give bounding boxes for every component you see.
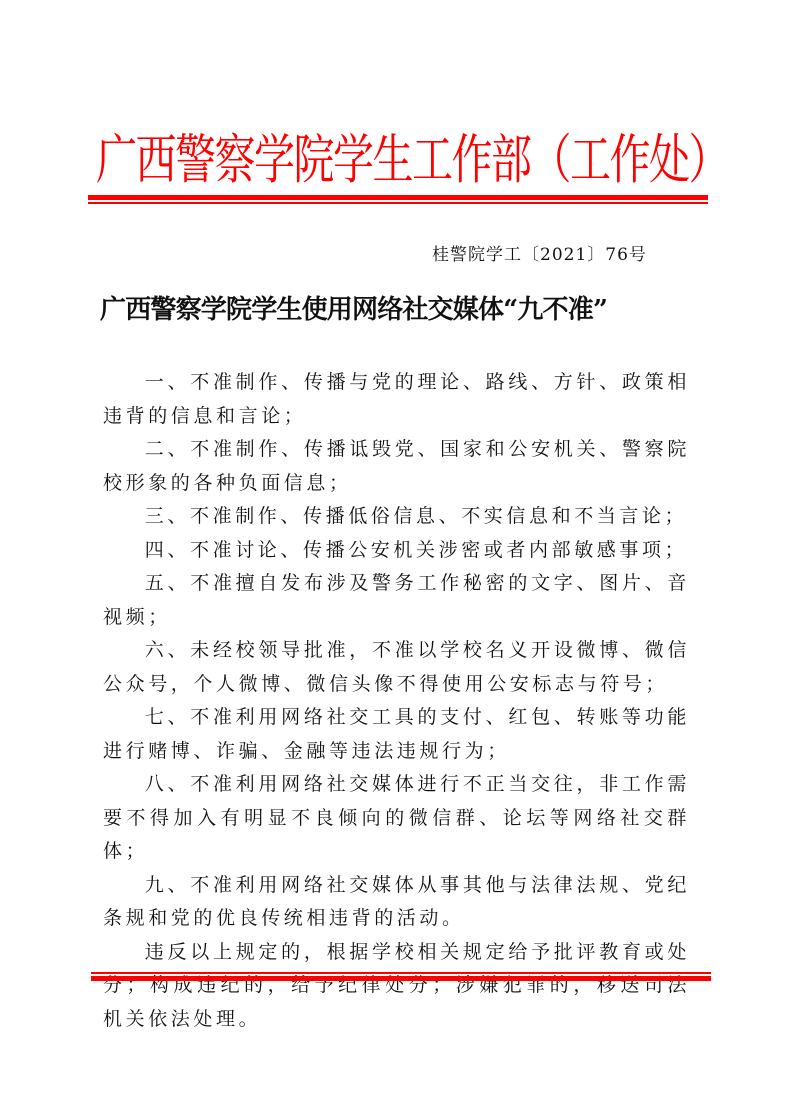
- document-body: 一、不准制作、传播与党的理论、路线、方针、政策相违背的信息和言论； 二、不准制作…: [103, 366, 690, 1036]
- rule-item-3: 三、不准制作、传播低俗信息、不实信息和不当言论；: [103, 500, 690, 534]
- rule-item-1: 一、不准制作、传播与党的理论、路线、方针、政策相违背的信息和言论；: [103, 366, 690, 433]
- rule-item-7: 七、不准利用网络社交工具的支付、红包、转账等功能进行赌博、诈骗、金融等违法违规行…: [103, 701, 690, 768]
- rule-item-6: 六、未经校领导批准，不准以学校名义开设微博、微信公众号，个人微博、微信头像不得使…: [103, 634, 690, 701]
- rule-item-5: 五、不准擅自发布涉及警务工作秘密的文字、图片、音视频；: [103, 567, 690, 634]
- footer-rule-thick: [91, 976, 711, 981]
- rule-item-4: 四、不准讨论、传播公安机关涉密或者内部敏感事项；: [103, 534, 690, 568]
- closing-paragraph: 违反以上规定的，根据学校相关规定给予批评教育或处分；构成违纪的，给予纪律处分；涉…: [103, 936, 690, 1037]
- document-page: 广西警察学院学生工作部（工作处） 桂警院学工〔2021〕76号 广西警察学院学生…: [0, 0, 793, 1107]
- document-number: 桂警院学工〔2021〕76号: [432, 244, 647, 266]
- document-title: 广西警察学院学生使用网络社交媒体“九不准”: [100, 290, 700, 330]
- footer-rule-thin: [91, 972, 711, 974]
- org-letterhead-title: 广西警察学院学生工作部（工作处）: [96, 118, 706, 201]
- rule-item-9: 九、不准利用网络社交媒体从事其他与法律法规、党纪条规和党的优良传统相违背的活动。: [103, 869, 690, 936]
- rule-item-8: 八、不准利用网络社交媒体进行不正当交往，非工作需要不得加入有明显不良倾向的微信群…: [103, 768, 690, 869]
- rule-item-2: 二、不准制作、传播诋毁党、国家和公安机关、警察院校形象的各种负面信息；: [103, 433, 690, 500]
- letterhead-rule-thin: [88, 202, 708, 204]
- letterhead-rule-thick: [88, 195, 708, 200]
